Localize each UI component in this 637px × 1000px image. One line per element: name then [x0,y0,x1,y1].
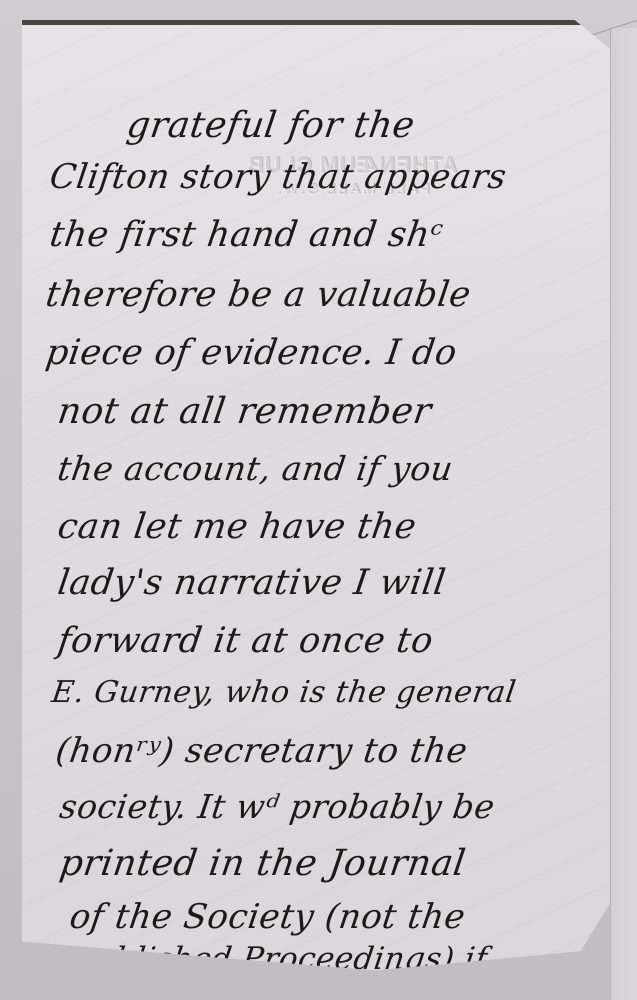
handwriting-line: can let me have the [55,507,419,547]
handwriting-line: not at all remember [55,391,434,432]
handwritten-text: grateful for the Clifton story that appe… [22,25,610,980]
handwriting-line: the first hand and shᶜ [47,215,445,255]
handwriting-line: therefore be a valuable [43,275,473,315]
handwriting-line: grateful for the [124,105,417,146]
handwriting-line: lady's narrative I will [55,563,448,603]
handwriting-line: (honʳʸ) secretary to the [53,731,470,771]
handwriting-line: printed in the Journal [57,843,468,884]
handwriting-line: of the Society (not the [67,897,468,937]
handwriting-line: E. Gurney, who is the general [50,675,519,710]
folded-sheet-edge [610,28,637,1000]
letter-page: ATHENÆUM CLUB PALL MALL S.W. grateful fo… [22,20,610,980]
handwriting-line: published Proceedings) if [71,941,489,977]
handwriting-line: society. It wᵈ probably be [57,787,497,826]
handwriting-line: the account, and if you [55,449,455,488]
handwriting-line: Clifton story that appears [47,157,509,197]
handwriting-line: forward it at once to [55,621,436,661]
handwriting-line: piece of evidence. I do [43,333,459,373]
photo-scene: ATHENÆUM CLUB PALL MALL S.W. grateful fo… [0,0,637,1000]
